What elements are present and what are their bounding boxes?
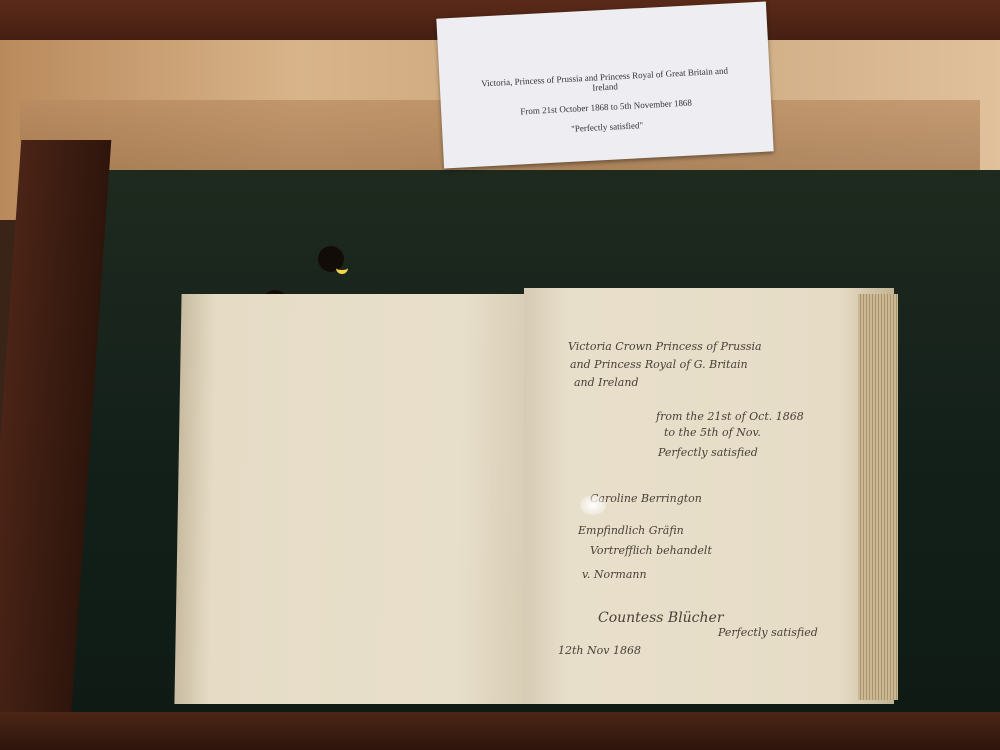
guest-book: Victoria Crown Princess of Prussia and P… xyxy=(178,288,898,708)
handwriting-line: and Ireland xyxy=(574,376,639,389)
handwriting-line: Perfectly satisfied xyxy=(718,626,818,639)
exhibit-label: Victoria, Princess of Prussia and Prince… xyxy=(436,1,773,168)
handwriting-line: and Princess Royal of G. Britain xyxy=(570,358,748,371)
book-left-page xyxy=(174,294,531,704)
handwriting-line: Vortrefflich behandelt xyxy=(590,544,712,557)
handwriting-line: Countess Blücher xyxy=(598,610,724,626)
handwriting-line: Empfindlich Gräfin xyxy=(578,524,684,537)
handwriting-line: Perfectly satisfied xyxy=(658,446,758,459)
book-page-edges xyxy=(858,294,898,700)
cabinet-bottom-rail xyxy=(0,712,1000,750)
handwriting-line: from the 21st of Oct. 1868 xyxy=(656,410,804,423)
display-case-photo: Victoria, Princess of Prussia and Prince… xyxy=(0,0,1000,750)
handwriting-line: v. Normann xyxy=(582,568,647,581)
light-glare xyxy=(580,495,606,515)
handwriting-line: Victoria Crown Princess of Prussia xyxy=(568,340,762,353)
lamp-reflection-icon xyxy=(318,246,344,272)
handwriting-line: 12th Nov 1868 xyxy=(558,644,641,657)
handwriting-line: Caroline Berrington xyxy=(590,492,702,505)
handwriting-line: to the 5th of Nov. xyxy=(664,426,761,439)
